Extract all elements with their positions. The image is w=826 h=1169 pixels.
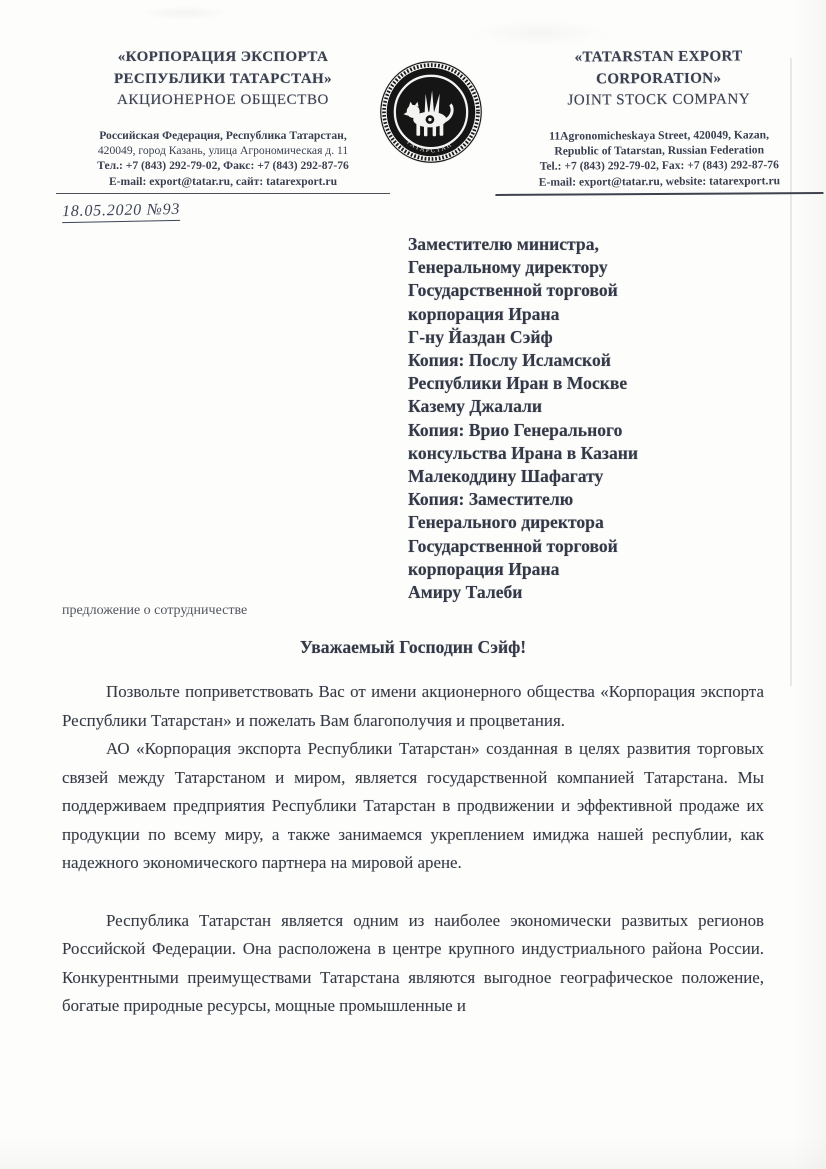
recipient-line: Генеральному директору (408, 256, 810, 279)
company-name-ru: «КОРПОРАЦИЯ ЭКСПОРТАРЕСПУБЛИКИ ТАТАРСТАН… (56, 47, 390, 112)
letterhead-left: «КОРПОРАЦИЯ ЭКСПОРТАРЕСПУБЛИКИ ТАТАРСТАН… (56, 47, 390, 194)
recipient-line: Копия: Врио Генерального (408, 419, 810, 442)
tatarstan-emblem-logo: ТАТАРСТАН (377, 56, 485, 168)
body-paragraph-2: АО «Корпорация экспорта Республики Татар… (62, 735, 764, 878)
scan-artifact-bottom-shade (0, 1136, 826, 1169)
recipient-line: Казему Джалали (408, 395, 810, 418)
winged-snow-leopard-icon: ТАТАРСТАН (377, 56, 485, 168)
recipient-line: корпорация Ирана (408, 303, 810, 326)
company-name-line: CORPORATION» (495, 67, 823, 91)
company-name-line: «TATARSTAN EXPORT (495, 46, 823, 70)
subject-line: предложение о сотрудничестве (62, 603, 247, 619)
letter-body: Позвольте поприветствовать Вас от имени … (62, 678, 764, 1021)
recipient-line: корпорация Ирана (408, 558, 810, 581)
address-line: 420049, город Казань, улица Агрономическ… (56, 143, 390, 158)
scan-artifact-smudge (140, 6, 230, 20)
company-name-line: РЕСПУБЛИКИ ТАТАРСТАН» (56, 69, 390, 91)
recipient-line: Копия: Послу Исламской (408, 349, 810, 372)
company-name-line: «КОРПОРАЦИЯ ЭКСПОРТА (56, 47, 390, 69)
address-line: E-mail: export@tatar.ru, сайт: tatarexpo… (56, 174, 390, 189)
body-paragraph-1: Позвольте поприветствовать Вас от имени … (62, 678, 764, 735)
recipient-line: Генерального директора (408, 511, 810, 534)
body-paragraph-3: Республика Татарстан является одним из н… (62, 907, 764, 1021)
recipient-line: Г-ну Йаздан Сэйф (408, 326, 810, 349)
recipient-line: Амиру Талеби (408, 581, 810, 604)
company-name-line: JOINT STOCK COMPANY (495, 89, 823, 113)
address-line: Tel.: +7 (843) 292-79-02, Fax: +7 (843) … (495, 157, 823, 174)
address-line: E-mail: export@tatar.ru, website: tatare… (495, 173, 823, 190)
recipient-line: Государственной торговой (408, 279, 810, 302)
company-address-en: 11Agronomicheskaya Street, 420049, Kazan… (495, 126, 823, 196)
recipient-line: консульства Ирана в Казани (408, 442, 810, 465)
recipient-line: Заместителю министра, (408, 233, 810, 256)
recipient-line: Малекоддину Шафагату (408, 465, 810, 488)
recipient-line: Копия: Заместителю (408, 488, 810, 511)
date-and-number: 18.05.2020 №93 (62, 201, 181, 223)
company-name-line: АКЦИОНЕРНОЕ ОБЩЕСТВО (56, 90, 390, 112)
company-name-en: «TATARSTAN EXPORTCORPORATION»JOINT STOCK… (495, 46, 823, 113)
address-line: Российская Федерация, Республика Татарст… (56, 128, 390, 143)
scan-artifact-smudge (470, 20, 610, 46)
address-line: Тел.: +7 (843) 292-79-02, Факс: +7 (843)… (56, 158, 390, 173)
recipient-line: Республики Иран в Москве (408, 372, 810, 395)
recipient-line: Государственной торговой (408, 535, 810, 558)
letterhead-right: «TATARSTAN EXPORTCORPORATION»JOINT STOCK… (495, 46, 824, 196)
company-address-ru: Российская Федерация, Республика Татарст… (56, 128, 390, 195)
salutation: Уважаемый Господин Сэйф! (62, 637, 764, 658)
recipient-block: Заместителю министра,Генеральному директ… (408, 233, 810, 604)
scanned-letter-page: «КОРПОРАЦИЯ ЭКСПОРТАРЕСПУБЛИКИ ТАТАРСТАН… (0, 0, 826, 1169)
